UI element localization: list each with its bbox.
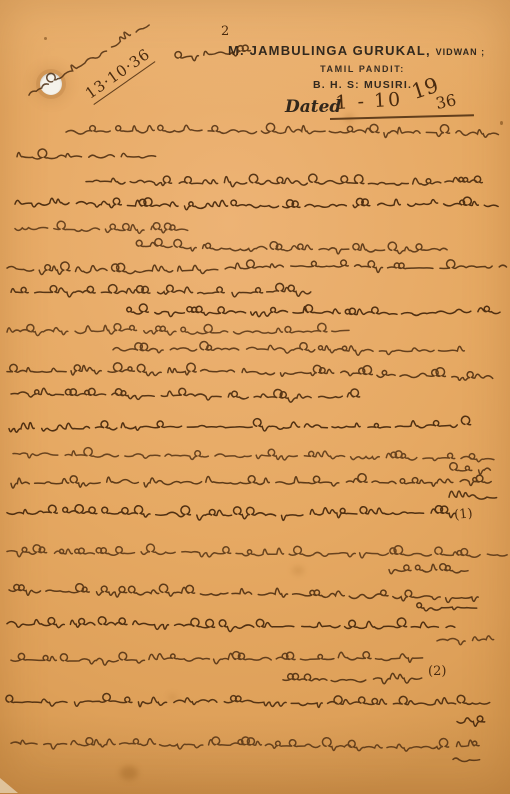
- handwritten-line: [137, 235, 457, 255]
- handwritten-line: [11, 441, 489, 461]
- handwritten-line: [387, 558, 469, 578]
- handwritten-line: [9, 731, 483, 751]
- handwritten-line: [281, 667, 421, 687]
- handwritten-line: [5, 611, 455, 631]
- ink-speck: [500, 121, 503, 125]
- date-day-month: 1 - 10: [335, 89, 403, 114]
- handwritten-line: [455, 709, 489, 729]
- dated-label: Dated: [285, 97, 341, 117]
- letterhead-name-row: M. JAMBULINGA GURUKAL, VIDWAN ;: [228, 43, 485, 58]
- letterhead-name: M. JAMBULINGA GURUKAL,: [228, 43, 431, 58]
- handwritten-line: [5, 359, 491, 379]
- verse-number-1: (1): [453, 506, 473, 523]
- handwritten-line: [7, 417, 471, 437]
- scanned-letter: M. JAMBULINGA GURUKAL, VIDWAN ; TAMIL PA…: [0, 0, 510, 794]
- stain-spot: [292, 566, 304, 575]
- handwritten-line: [5, 539, 503, 559]
- letterhead-subtitle-pandit: TAMIL PANDIT:: [280, 64, 445, 74]
- handwritten-line: [13, 193, 497, 213]
- handwritten-line: [84, 169, 486, 189]
- letterhead-title: VIDWAN ;: [436, 47, 486, 57]
- handwritten-line: [13, 217, 193, 237]
- handwritten-line: [127, 299, 501, 319]
- ink-speck: [44, 37, 47, 40]
- handwritten-line: [9, 383, 361, 403]
- stain-spot: [120, 766, 138, 780]
- handwritten-line: [9, 471, 493, 491]
- verse-number-2: (2): [428, 664, 446, 679]
- note-superscript: 2: [221, 24, 229, 39]
- handwritten-line: [111, 337, 473, 357]
- handwritten-line: [451, 747, 481, 767]
- handwritten-line: [64, 120, 500, 140]
- handwritten-line: [7, 577, 477, 597]
- handwritten-line: [5, 501, 457, 521]
- handwritten-line: [9, 649, 423, 669]
- handwritten-line: [15, 145, 157, 165]
- handwritten-line: [435, 629, 495, 649]
- handwritten-line: [7, 691, 485, 711]
- handwritten-line: [9, 281, 311, 301]
- handwritten-line: [5, 257, 505, 277]
